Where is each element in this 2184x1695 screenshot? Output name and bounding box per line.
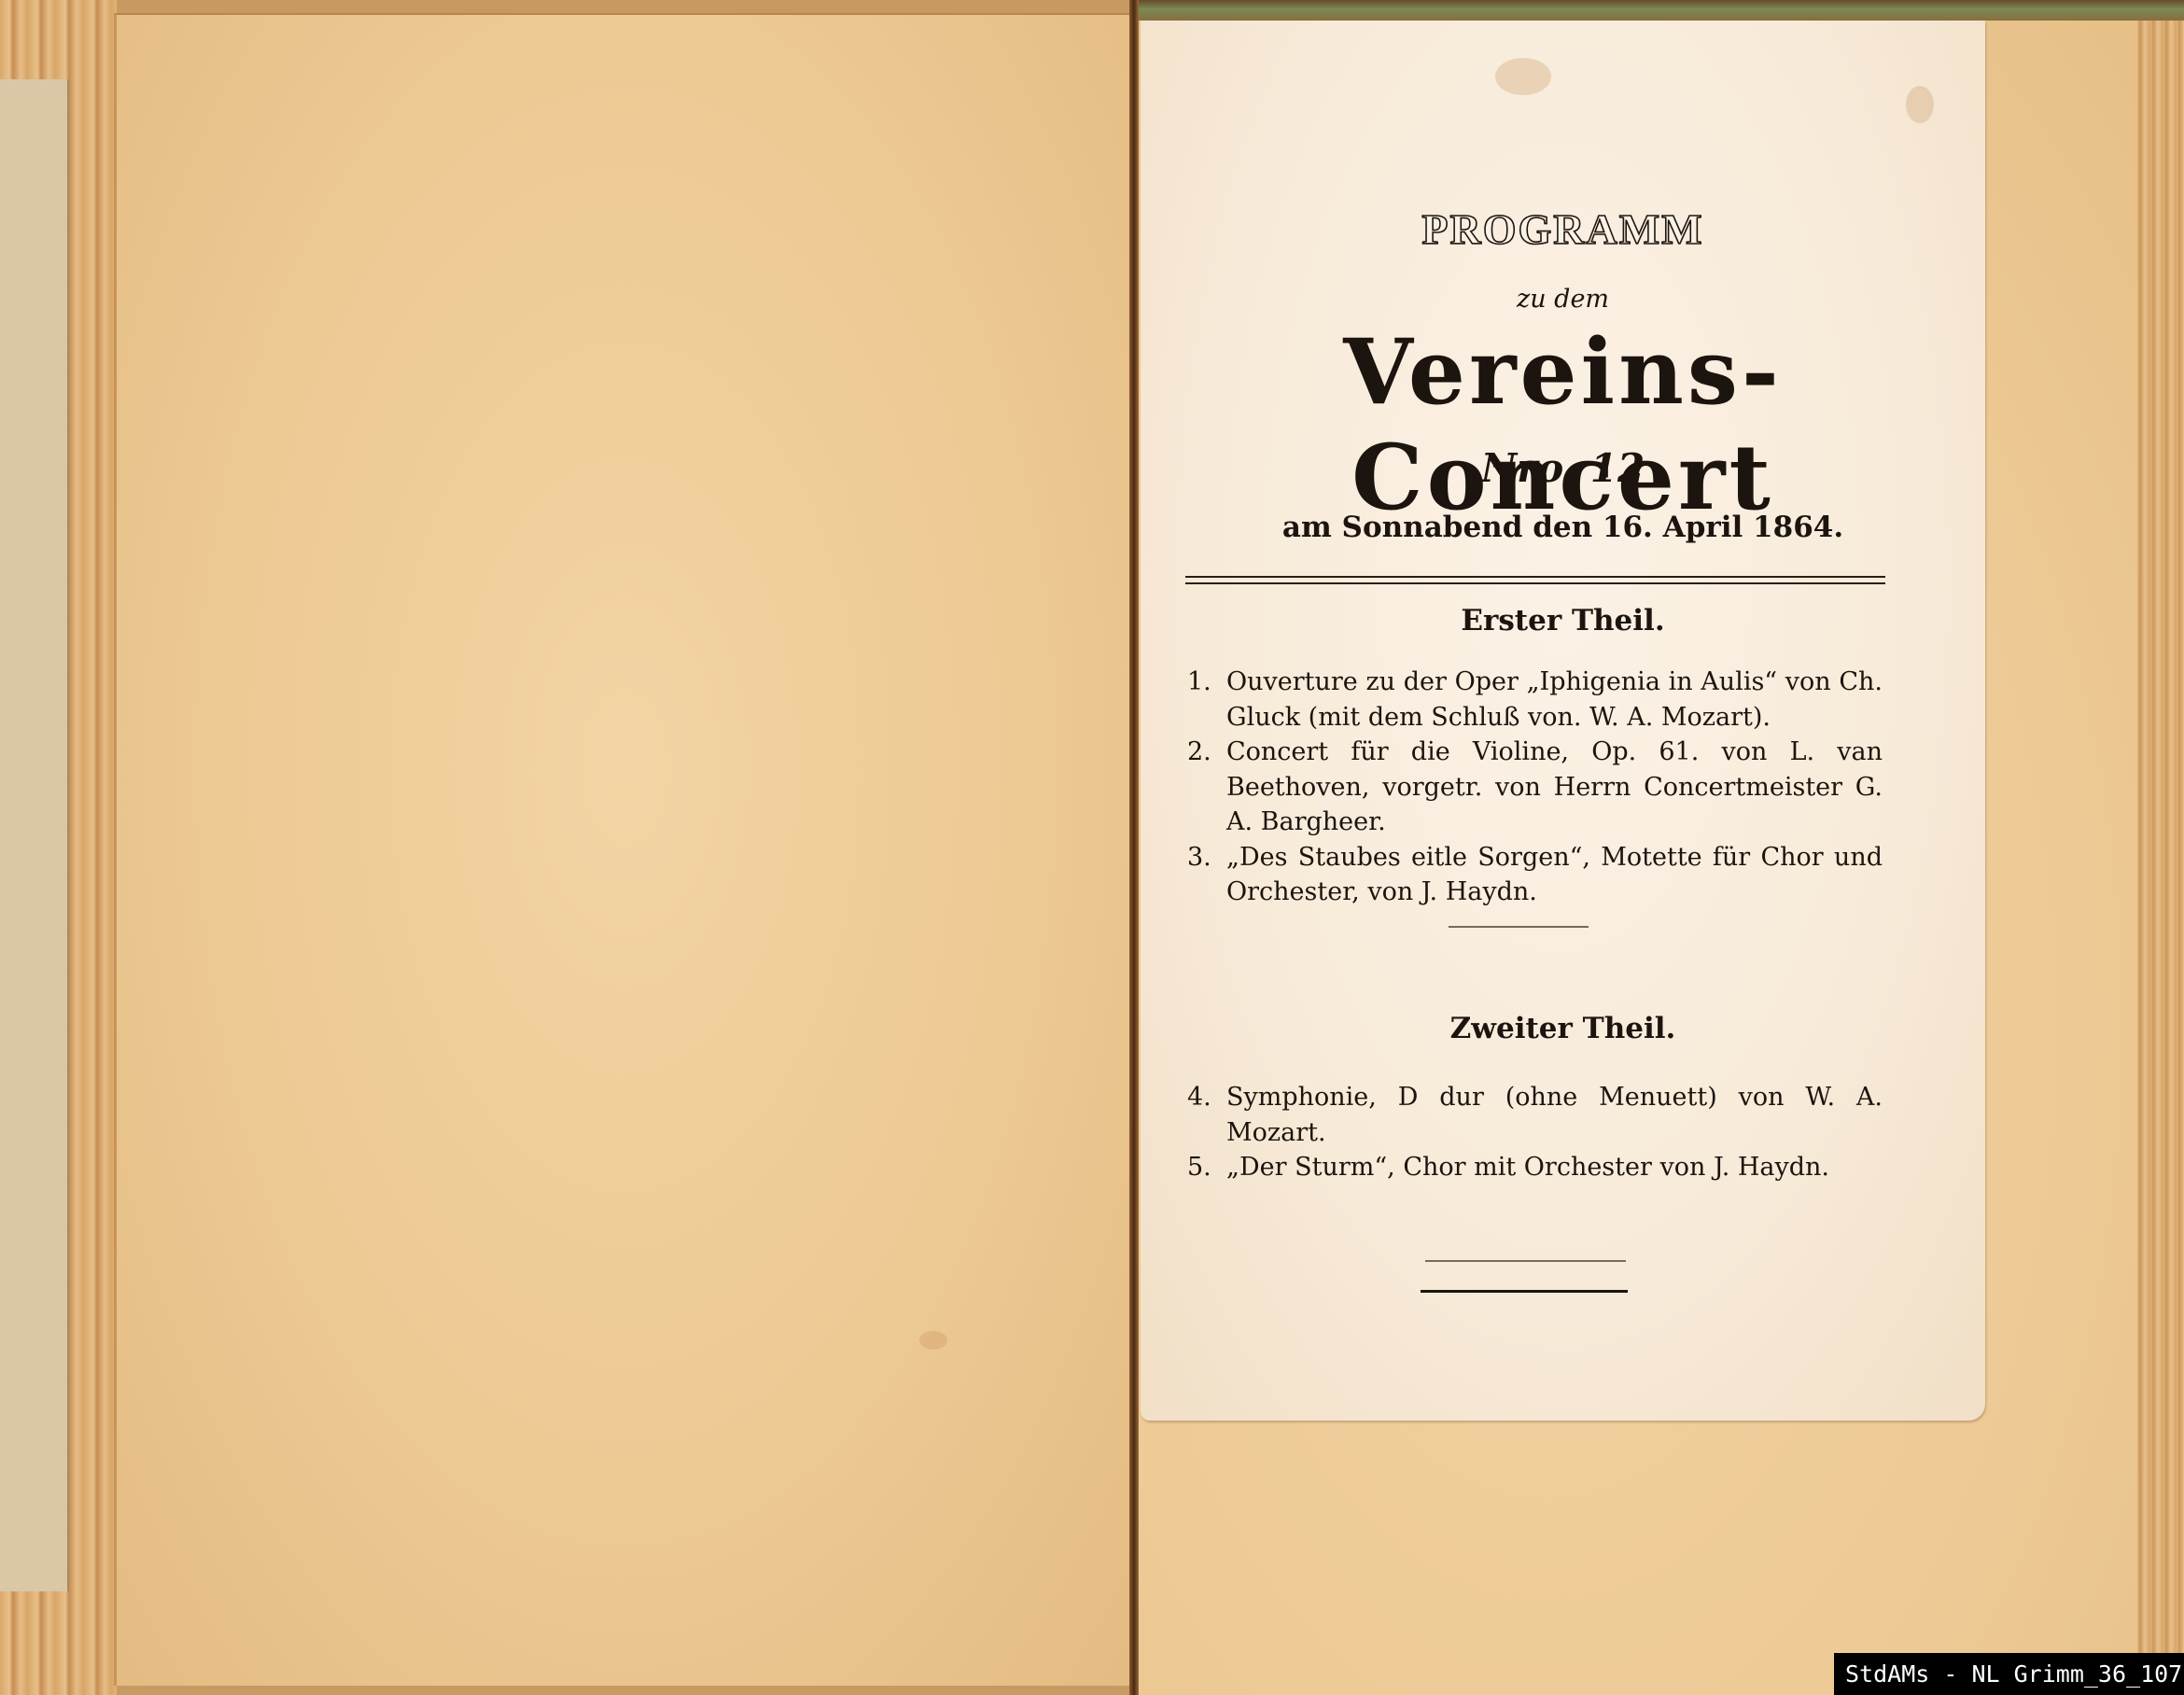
binding-top-band (1139, 0, 2184, 22)
concert-title: Vereins-Concert (1141, 319, 1985, 530)
program-heading: PROGRAMM (1141, 204, 1985, 254)
item-number: 1. (1187, 665, 1211, 700)
divider-double-rule (1185, 576, 1885, 584)
part1-list: 1. Ouverture zu der Oper „Iphigenia in A… (1187, 665, 1883, 910)
concert-number: Nro. 12 (1141, 445, 1985, 491)
program-item: 1. Ouverture zu der Oper „Iphigenia in A… (1187, 665, 1883, 735)
item-text: Symphonie, D dur (ohne Menuett) von W. A… (1226, 1083, 1883, 1147)
program-item: 3. „Des Staubes eitle Sorgen“, Motette f… (1187, 840, 1883, 910)
divider-thin-rule (1425, 1260, 1626, 1262)
part1-heading: Erster Theil. (1141, 604, 1985, 637)
part2-heading: Zweiter Theil. (1141, 1012, 1985, 1045)
item-number: 5. (1187, 1150, 1211, 1185)
item-text: „Der Sturm“, Chor mit Orchester von J. H… (1226, 1153, 1829, 1182)
concert-date: am Sonnabend den 16. April 1864. (1141, 511, 1985, 544)
divider-end-rule (1421, 1290, 1628, 1293)
divider-short-rule (1449, 926, 1589, 928)
program-item: 4. Symphonie, D dur (ohne Menuett) von W… (1187, 1080, 1883, 1150)
item-number: 4. (1187, 1080, 1211, 1115)
book-spread: PROGRAMM zu dem Vereins-Concert Nro. 12 … (0, 0, 2184, 1695)
archive-label: StdAMs - NL Grimm_36_107 (1834, 1653, 2184, 1695)
item-number: 3. (1187, 840, 1211, 876)
item-number: 2. (1187, 735, 1211, 770)
item-text: Ouverture zu der Oper „Iphigenia in Auli… (1226, 667, 1883, 732)
left-inserted-sheet (0, 79, 69, 1591)
right-page-edges (2137, 21, 2184, 1695)
book-gutter (1129, 0, 1139, 1695)
left-page-blank (114, 13, 1134, 1686)
program-item: 5. „Der Sturm“, Chor mit Orchester von J… (1187, 1150, 1883, 1185)
program-item: 2. Concert für die Violine, Op. 61. von … (1187, 735, 1883, 840)
part2-list: 4. Symphonie, D dur (ohne Menuett) von W… (1187, 1080, 1883, 1185)
program-sheet: PROGRAMM zu dem Vereins-Concert Nro. 12 … (1141, 21, 1985, 1421)
item-text: „Des Staubes eitle Sorgen“, Motette für … (1226, 843, 1883, 907)
program-subheading: zu dem (1141, 285, 1985, 314)
item-text: Concert für die Violine, Op. 61. von L. … (1226, 737, 1883, 836)
